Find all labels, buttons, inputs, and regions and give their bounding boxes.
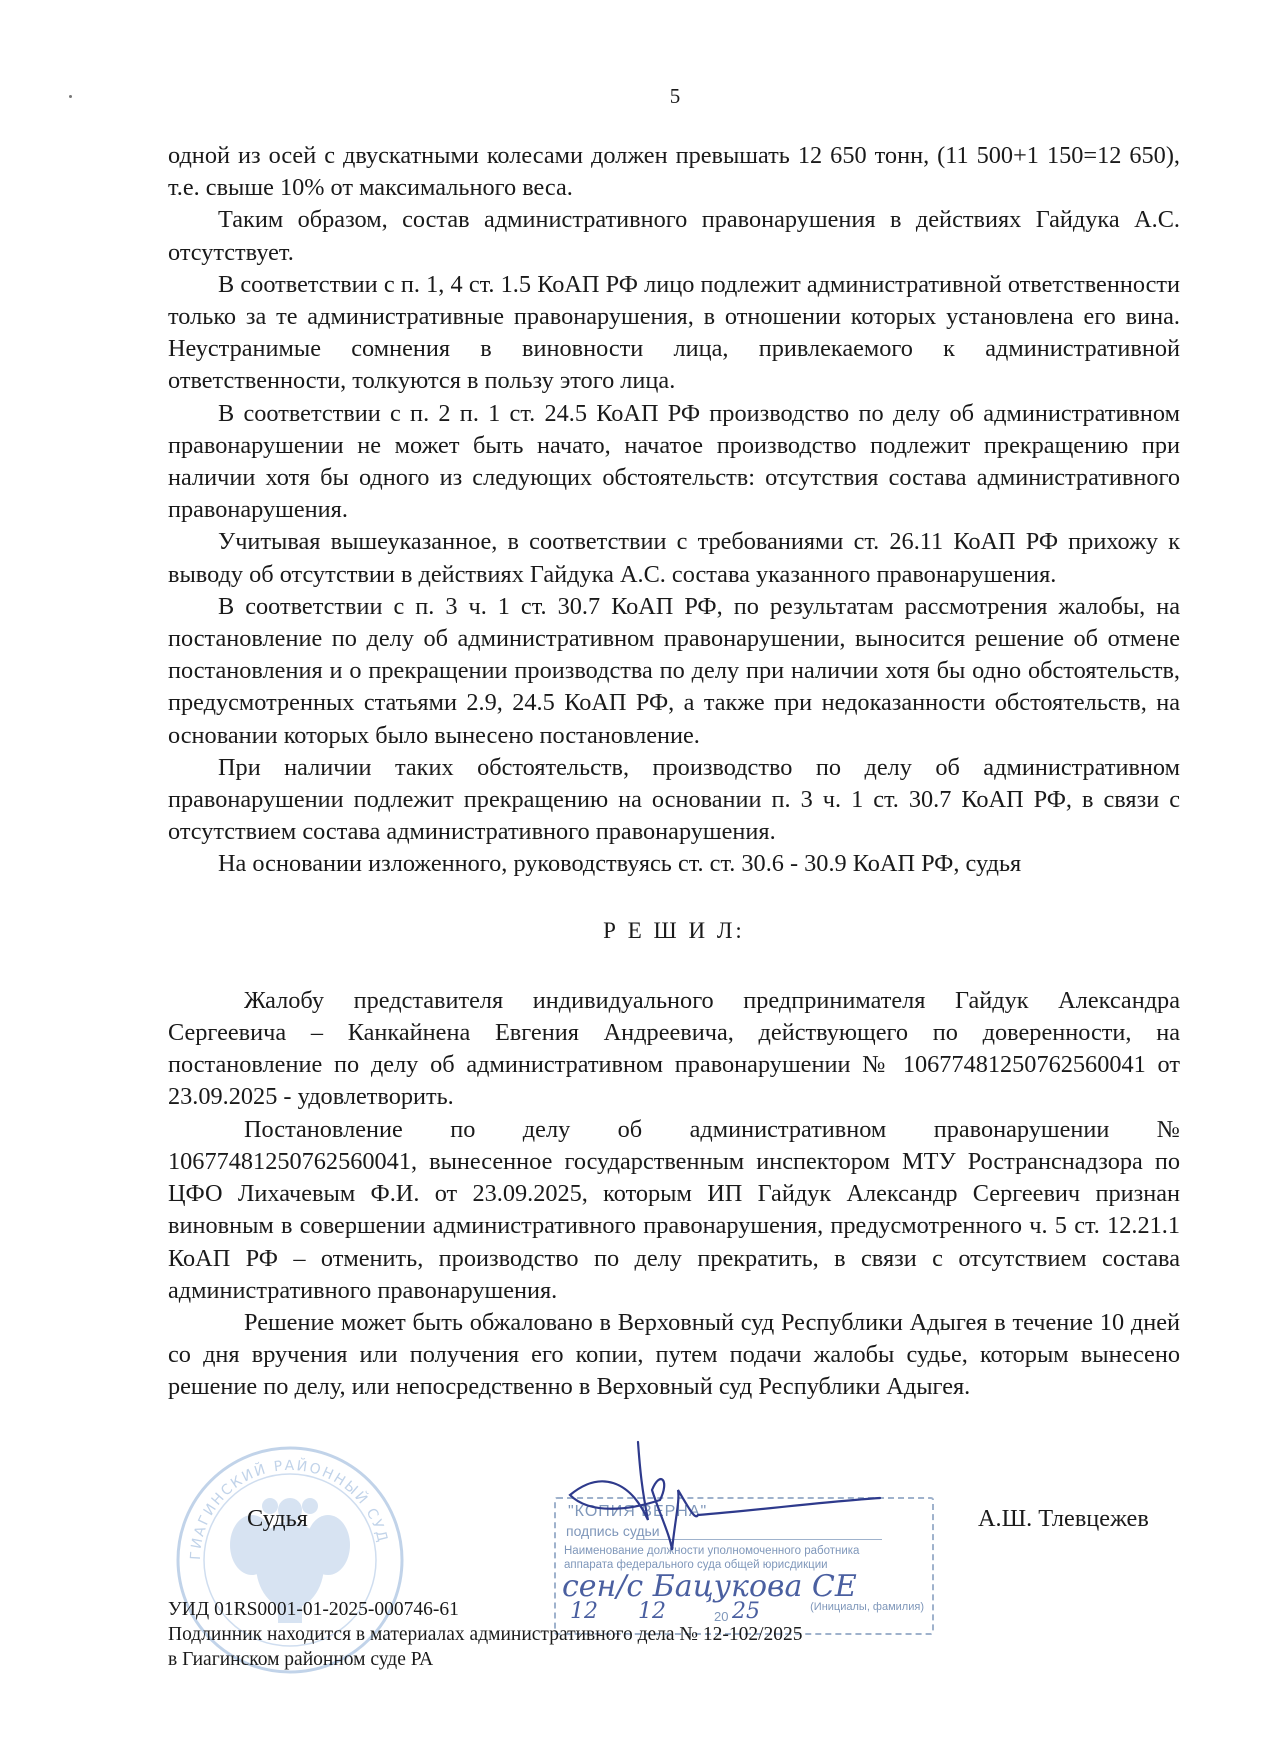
decision-paragraph: Жалобу представителя индивидуального пре… <box>168 985 1180 1114</box>
judge-name: А.Ш. Тлевцежев <box>978 1505 1149 1533</box>
decision-paragraph: Решение может быть обжаловано в Верховны… <box>168 1307 1180 1404</box>
document-footer: УИД 01RS0001-01-2025-000746-61 Подлинник… <box>168 1597 803 1672</box>
paragraph: При наличии таких обстоятельств, произво… <box>168 752 1180 849</box>
judge-role-label: Судья <box>247 1505 308 1533</box>
stamp-initials-caption: (Инициалы, фамилия) <box>810 1601 924 1613</box>
decision-heading: Р Е Ш И Л: <box>168 915 1180 947</box>
original-location-note: Подлинник находится в материалах админис… <box>168 1622 803 1647</box>
paragraph: В соответствии с п. 3 ч. 1 ст. 30.7 КоАП… <box>168 591 1180 752</box>
paragraph: В соответствии с п. 2 п. 1 ст. 24.5 КоАП… <box>168 398 1180 527</box>
paragraph: В соответствии с п. 1, 4 ст. 1.5 КоАП РФ… <box>168 269 1180 398</box>
case-uid: УИД 01RS0001-01-2025-000746-61 <box>168 1597 803 1622</box>
document-body: одной из осей с двускатными колесами дол… <box>168 140 1180 1404</box>
court-location-note: в Гиагинском районном суде РА <box>168 1647 803 1672</box>
paragraph: На основании изложенного, руководствуясь… <box>168 848 1180 880</box>
stamp-signature-label: подпись судьи <box>566 1523 660 1539</box>
paragraph: Учитывая вышеуказанное, в соответствии с… <box>168 526 1180 590</box>
paragraph: одной из осей с двускатными колесами дол… <box>168 140 1180 204</box>
decision-paragraph: Постановление по делу об административно… <box>168 1114 1180 1307</box>
stamp-rule <box>636 1539 882 1540</box>
paragraph: Таким образом, состав административного … <box>168 204 1180 268</box>
stamp-title: "КОПИЯ ВЕРНА" <box>568 1503 707 1521</box>
page-number: 5 <box>0 84 1287 109</box>
stamp-position-label: Наименование должности уполномоченного р… <box>564 1545 859 1557</box>
